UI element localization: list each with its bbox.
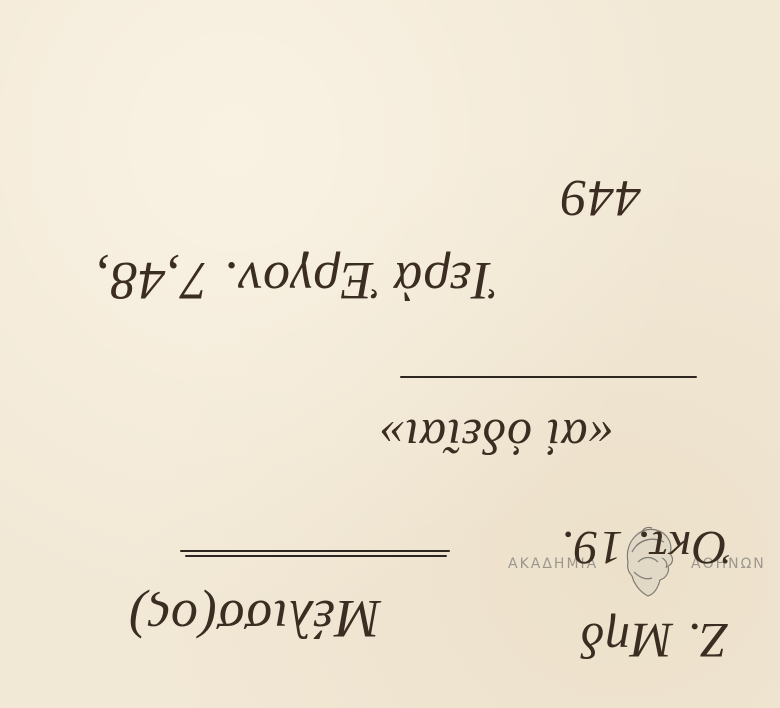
handwritten-name: Μέλισσ(ος) xyxy=(128,588,381,650)
index-card: 449 Ἱερὰ Ἑργον. 7,48, «αἱ ὁδεῖαι» ΑΚΑΔΗΜ… xyxy=(0,0,780,708)
divider-line-double-bottom xyxy=(185,555,447,557)
handwritten-ref-number: 449 xyxy=(560,168,641,227)
divider-line-double-top xyxy=(180,550,450,552)
handwritten-date-note: Ὀκτ. 19. xyxy=(560,520,732,575)
handwritten-author-initial: Ζ. Μηδ xyxy=(580,612,729,670)
handwritten-citation: Ἱερὰ Ἑργον. 7,48, xyxy=(95,250,496,312)
handwritten-quoted-term: «αἱ ὁδεῖαι» xyxy=(378,408,614,466)
divider-line xyxy=(400,376,697,378)
